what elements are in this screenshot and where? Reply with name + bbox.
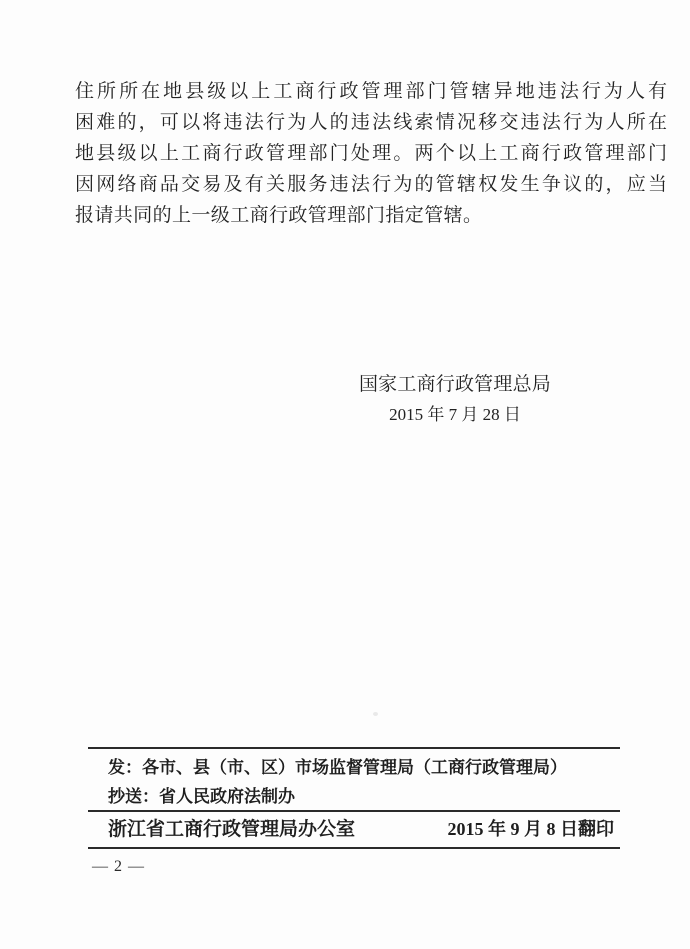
footer-block: 发：各市、县（市、区）市场监督管理局（工商行政管理局） 抄送：省人民政府法制办 … bbox=[88, 747, 620, 849]
reprint-date: 2015 年 9 月 8 日翻印 bbox=[448, 812, 615, 847]
signature-date: 2015 年 7 月 28 日 bbox=[330, 400, 580, 430]
document-page: 住所所在地县级以上工商行政管理部门管辖异地违法行为人有 困难的，可以将违法行为人… bbox=[0, 0, 690, 949]
signature-org: 国家工商行政管理总局 bbox=[330, 370, 580, 400]
distribution-value: 各市、县（市、区）市场监督管理局（工商行政管理局） bbox=[142, 758, 567, 777]
cc-row: 抄送：省人民政府法制办 bbox=[88, 784, 620, 810]
issuer-office: 浙江省工商行政管理局办公室 bbox=[108, 812, 355, 847]
colophon-row: 浙江省工商行政管理局办公室 2015 年 9 月 8 日翻印 bbox=[88, 812, 620, 847]
paragraph-line: 住所所在地县级以上工商行政管理部门管辖异地违法行为人有 bbox=[75, 76, 667, 107]
page-number: — 2 — bbox=[92, 858, 145, 876]
paragraph-line: 困难的，可以将违法行为人的违法线索情况移交违法行为人所在 bbox=[75, 107, 667, 138]
paragraph-line: 因网络商品交易及有关服务违法行为的管辖权发生争议的，应当 bbox=[75, 169, 667, 200]
footer-rule-top bbox=[88, 747, 620, 749]
cc-label: 抄送： bbox=[108, 787, 159, 806]
signature-block: 国家工商行政管理总局 2015 年 7 月 28 日 bbox=[330, 370, 580, 430]
cc-value: 省人民政府法制办 bbox=[159, 787, 295, 806]
footer-rule-bottom bbox=[88, 847, 620, 849]
scan-smudge bbox=[373, 712, 378, 716]
paragraph-line: 地县级以上工商行政管理部门处理。两个以上工商行政管理部门 bbox=[75, 138, 667, 169]
body-paragraph: 住所所在地县级以上工商行政管理部门管辖异地违法行为人有 困难的，可以将违法行为人… bbox=[75, 76, 667, 231]
distribution-label: 发： bbox=[108, 758, 142, 777]
paragraph-line: 报请共同的上一级工商行政管理部门指定管辖。 bbox=[75, 200, 667, 231]
distribution-row: 发：各市、县（市、区）市场监督管理局（工商行政管理局） bbox=[88, 755, 620, 781]
